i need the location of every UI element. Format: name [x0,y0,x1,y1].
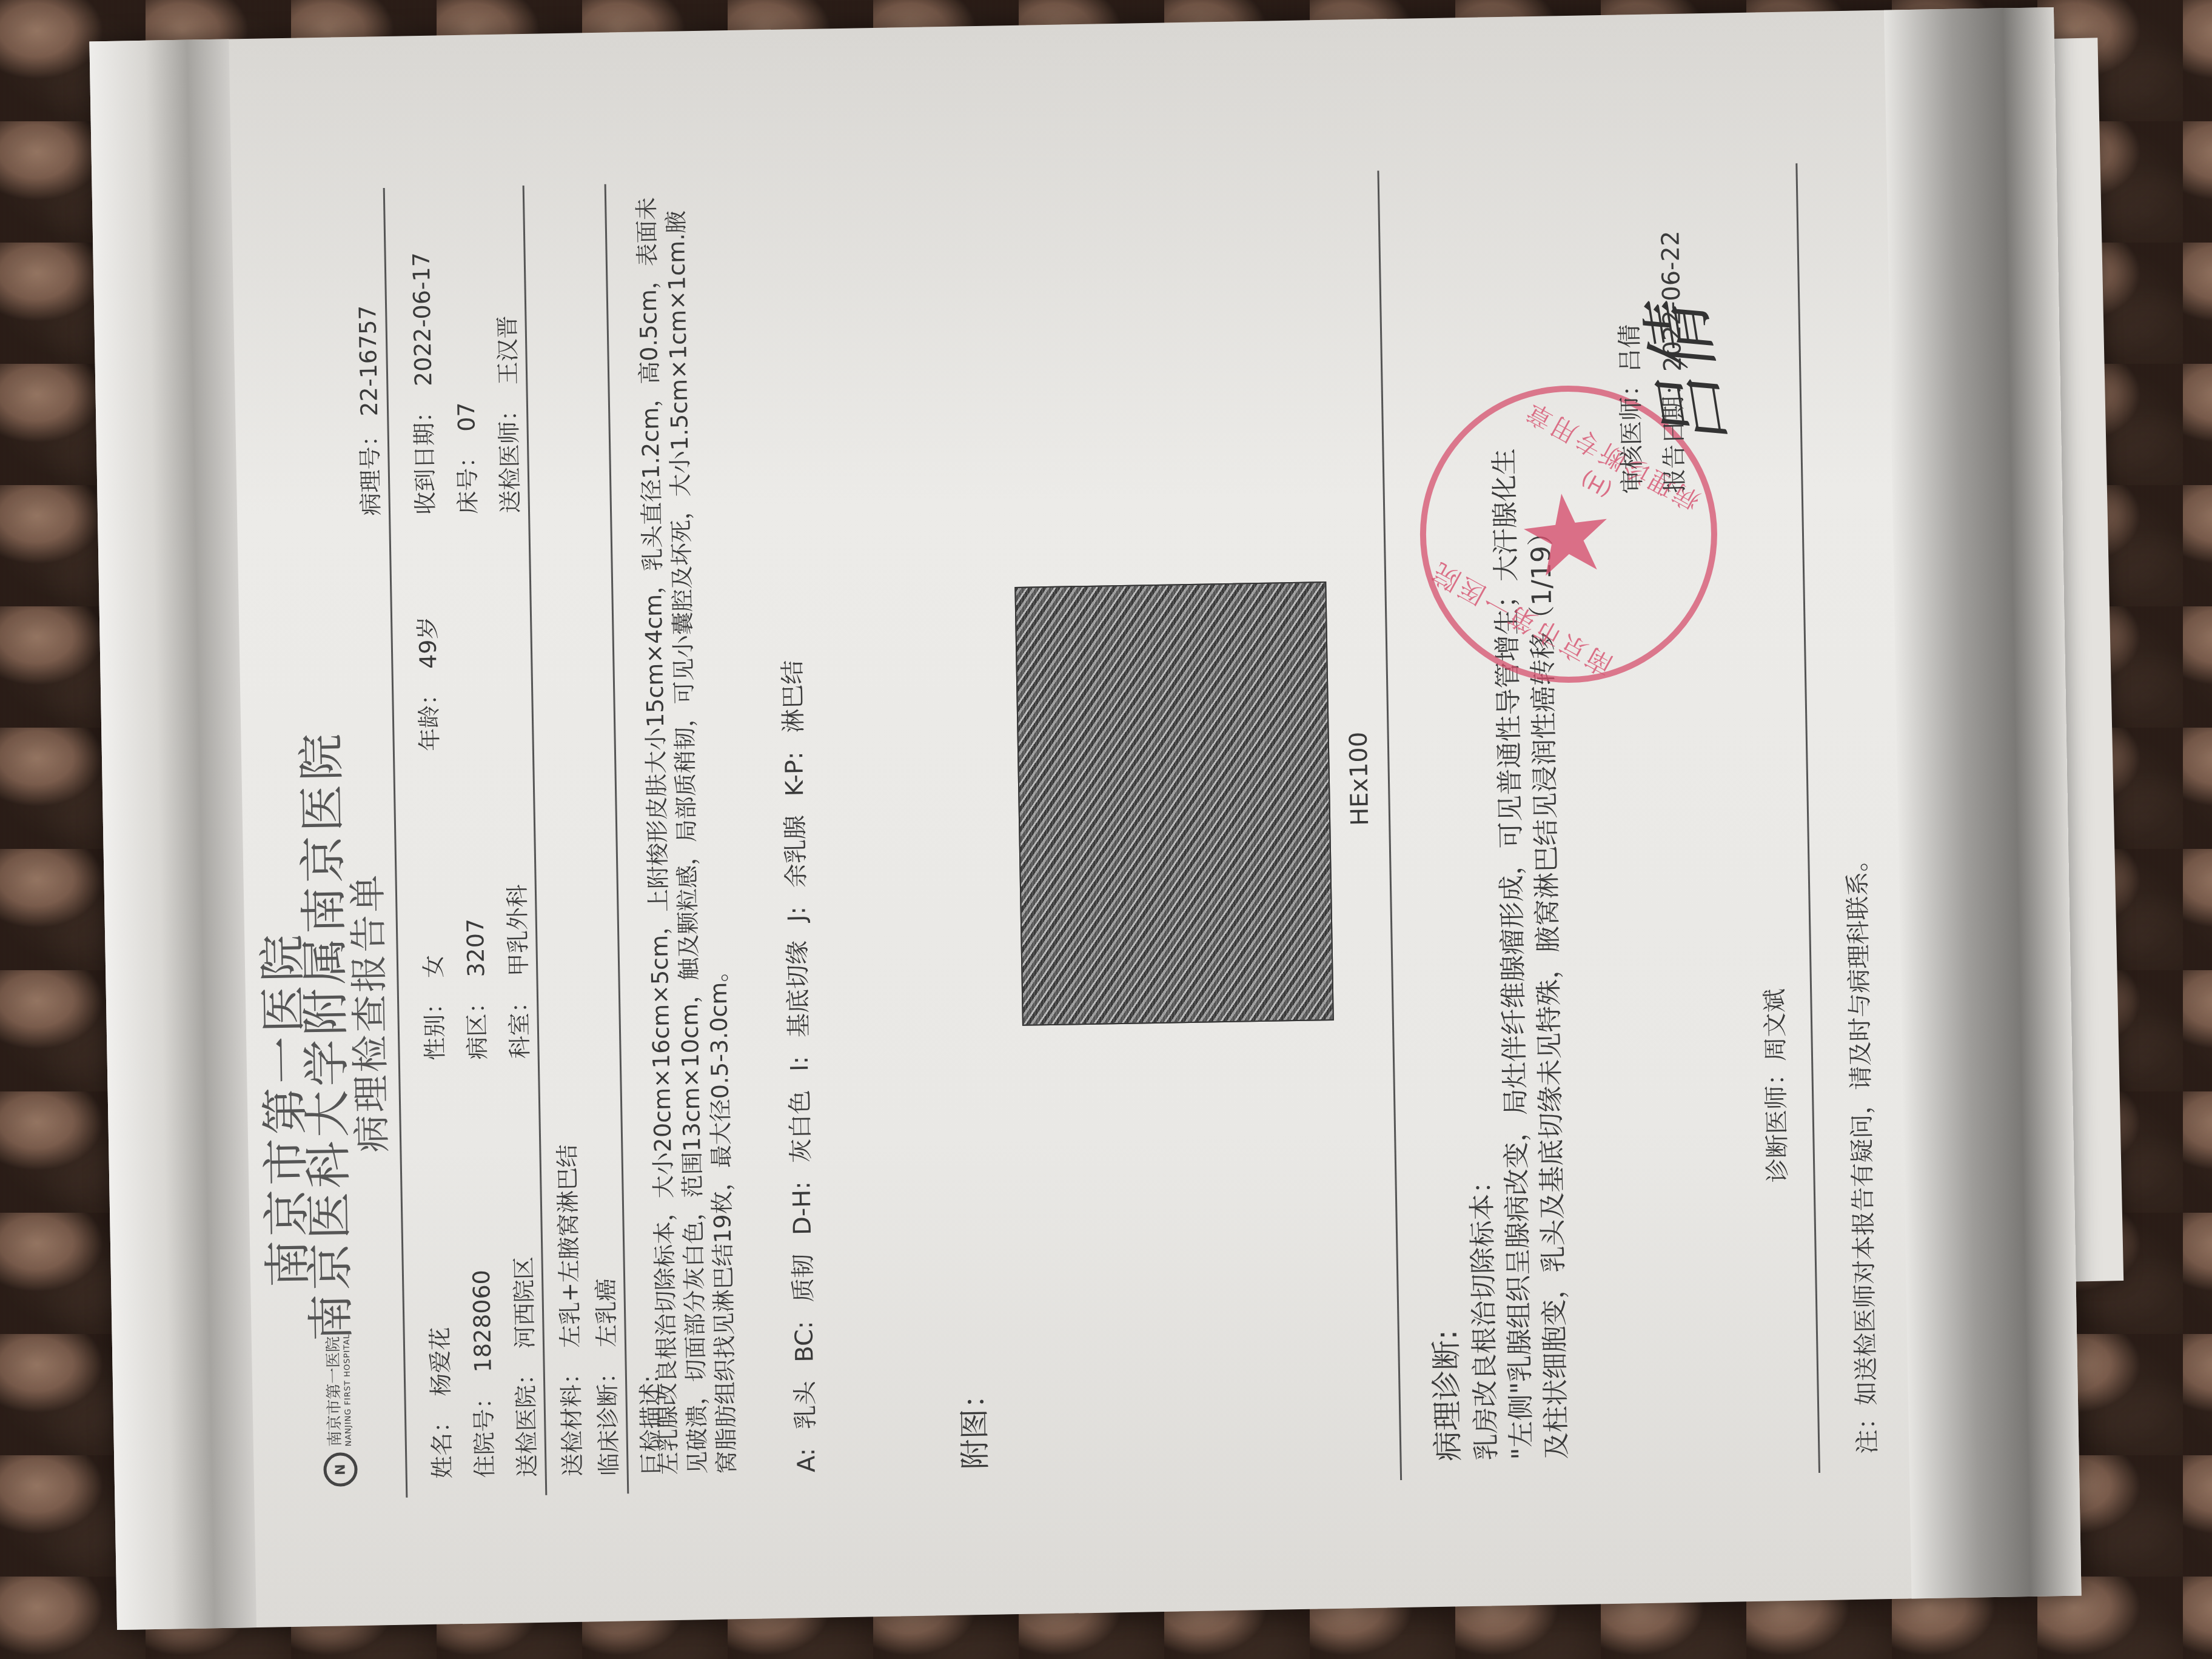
field-referring-doctor: 送检医师：王汉晋 [488,315,525,514]
field-department: 科室：甲乳外科 [498,884,535,1059]
field-label: 住院号： [470,1386,498,1478]
field-value: 左乳癌 [592,1278,620,1348]
field-label: 送检医师： [495,398,524,514]
field-inpatient-number: 住院号：1828060 [463,1270,500,1478]
field-label: 送检医院： [512,1362,541,1478]
pathology-number-label: 病理号： [356,423,384,516]
field-label: 性别： [421,991,449,1061]
field-hospital: 送检医院：河西院区 [504,1256,541,1478]
pathology-diagnosis-heading: 病理诊断: [1422,1329,1468,1461]
field-label: 收到日期： [411,400,439,515]
field-label: 年龄： [415,682,443,751]
field-age: 年龄：49岁 [409,616,444,751]
report-title: 病理检查报告单 [337,872,396,1153]
block-codes: A: 乳头 BC: 质韧 D-H: 灰白色 I: 基底切缘 J: 余乳腺 K-P… [773,660,822,1472]
field-value: 河西院区 [510,1256,538,1349]
field-bed-number: 床号：07 [447,402,483,514]
report-content: N 南京市第一医院 NANJING FIRST HOSPITAL 南京市第一医院… [92,135,2079,1503]
field-value: 1828060 [468,1270,497,1373]
field-label: 临床诊断： [594,1360,622,1476]
micrograph-caption: HEx100 [1345,731,1375,826]
field-value: 左乳+左腋窝淋巴结 [554,1144,584,1349]
field-label: 病区： [463,990,491,1060]
field-value: 3207 [462,918,490,977]
field-ward: 病区：3207 [457,918,492,1060]
pathology-diagnosis-text: 乳房改良根治切除标本： "左侧"乳腺组织呈腺病改变，局灶伴纤维腺瘤形成，可见普通… [1447,173,1575,1461]
hospital-emblem-icon: N [323,1452,358,1487]
pathology-number-value: 22-16757 [354,305,383,417]
signer-value: 周文斌 [1761,988,1790,1062]
field-value: 2022-06-17 [408,252,437,387]
field-value: 女 [420,954,447,978]
divider [1795,163,1820,1473]
report-page-wrapper: N 南京市第一医院 NANJING FIRST HOSPITAL 南京市第一医院… [89,7,2081,1630]
logo-text-block: 南京市第一医院 NANJING FIRST HOSPITAL [325,1334,354,1447]
logo-name-en: NANJING FIRST HOSPITAL [342,1334,353,1447]
field-value: 07 [453,402,480,432]
field-label: 姓名： [428,1409,456,1479]
divider [383,188,408,1498]
gross-description-text: 左乳腺改良根治切除标本，大小20cm×16cm×5cm，上附梭形皮肤大小15cm… [632,188,742,1475]
handwritten-signature: 吕倩 [1619,298,1744,458]
footer-note: 注：如送检医师对本报告有疑问，请及时与病理科联系。 [1838,847,1883,1454]
field-label: 送检材料： [557,1361,586,1477]
divider [1377,170,1402,1480]
field-name: 姓名：杨爱花 [421,1327,457,1479]
field-specimen: 送检材料：左乳+左腋窝淋巴结 [548,1144,588,1477]
field-value: 甲乳外科 [504,884,532,977]
field-label: 科室： [506,990,534,1059]
field-value: 杨爱花 [426,1327,454,1396]
histology-micrograph [1014,581,1334,1026]
signer-label: 诊断医师： [1762,1061,1792,1183]
field-received-date: 收到日期：2022-06-17 [403,252,441,515]
field-value: 49岁 [414,616,442,669]
figure-heading: 附图： [950,1378,995,1470]
field-label: 床号： [454,444,481,514]
field-value: 王汉晋 [494,315,521,385]
diagnosing-doctor: 诊断医师：周文斌 [1755,988,1794,1183]
pathology-report-page: N 南京市第一医院 NANJING FIRST HOSPITAL 南京市第一医院… [89,7,2081,1630]
pathology-number: 病理号： 22-16757 [349,305,386,516]
field-sex: 性别：女 [415,954,450,1061]
hospital-logo: N 南京市第一医院 NANJING FIRST HOSPITAL [321,1334,358,1487]
field-clinical-diagnosis: 临床诊断：左乳癌 [587,1278,624,1476]
logo-name-cn: 南京市第一医院 [325,1334,344,1447]
